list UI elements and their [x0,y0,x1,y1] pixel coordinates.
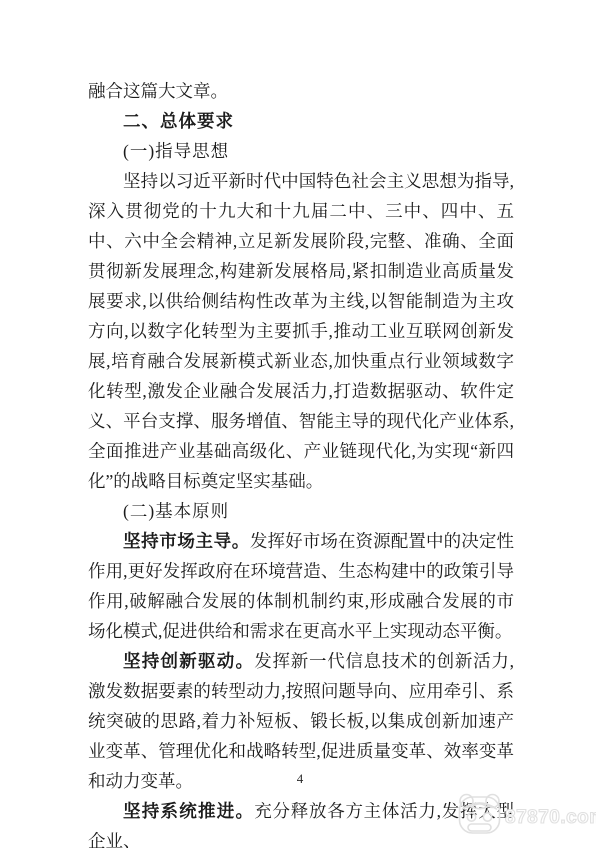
paragraph-principle-market: 坚持市场主导。发挥好市场在资源配置中的决定性作用,更好发挥政府在环境营造、生态构… [88,526,514,646]
watermark-label: 87870.com [505,807,596,828]
document-body: 融合这篇大文章。 二、总体要求 (一)指导思想 坚持以习近平新时代中国特色社会主… [88,76,514,848]
page-number: 4 [0,769,600,789]
principle-innovation-lead: 坚持创新驱动。 [123,651,254,671]
document-page: 融合这篇大文章。 二、总体要求 (一)指导思想 坚持以习近平新时代中国特色社会主… [0,0,600,848]
principle-market-lead: 坚持市场主导。 [123,531,250,551]
subsection-heading-guiding-ideology: (一)指导思想 [88,136,514,166]
robot-head-icon [460,795,500,834]
watermark: 87870.com [458,790,596,845]
principle-system-lead: 坚持系统推进。 [123,801,254,821]
paragraph-principle-system: 坚持系统推进。充分释放各方主体活力,发挥大型企业、 [88,796,514,848]
paragraph-continuation: 融合这篇大文章。 [88,76,514,106]
section-heading-overall-requirements: 二、总体要求 [88,106,514,136]
paragraph-guiding-ideology: 坚持以习近平新时代中国特色社会主义思想为指导,深入贯彻党的十九大和十九届二中、三… [88,166,514,496]
subsection-heading-basic-principles: (二)基本原则 [88,496,514,526]
